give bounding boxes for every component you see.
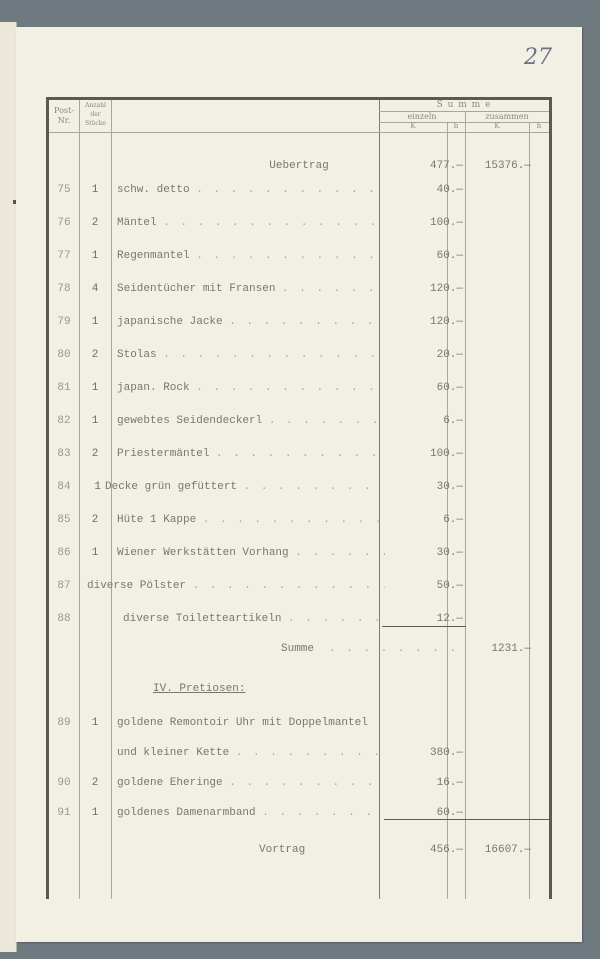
adjacent-page-edge	[0, 22, 17, 952]
carry-out-label: Vortrag	[259, 844, 305, 856]
section-row: IV. Pretiosen:	[49, 683, 549, 703]
carry-out-einzeln: 456.—	[385, 844, 463, 856]
table-row: 88diverse Toiletteartikeln . . . . . . .…	[49, 613, 549, 633]
carry-in-zusammen: 15376.—	[469, 160, 531, 172]
sum-rule	[382, 626, 466, 627]
header-h: h	[447, 122, 465, 130]
total-rule	[384, 819, 549, 820]
carry-out-row: Vortrag 456.— 16607.—	[49, 844, 549, 864]
table-row: 841Decke grün gefüttert . . . . . . . . …	[49, 481, 549, 501]
table-row: 811japan. Rock . . . . . . . . . . . . .…	[49, 382, 549, 402]
table-row: 87diverse Pölster . . . . . . . . . . . …	[49, 580, 549, 600]
table-row: 852Hüte 1 Kappe . . . . . . . . . . . . …	[49, 514, 549, 534]
section-title: IV. Pretiosen:	[153, 683, 245, 695]
carry-out-zusammen: 16607.—	[469, 844, 531, 856]
carry-in-einzeln: 477.—	[385, 160, 463, 172]
header-k: K	[465, 122, 529, 130]
carry-in-label: Uebertrag	[199, 160, 399, 172]
table-row: 821gewebtes Seidendeckerl . . . . . . . …	[49, 415, 549, 435]
header-einzeln: einzeln	[379, 112, 465, 121]
handwritten-page-number: 27	[524, 45, 552, 70]
table-row: 784Seidentücher mit Fransen . . . . . . …	[49, 283, 549, 303]
header-zusammen: zusammen	[465, 112, 549, 121]
subtotal-row: Summe . . . . . . . . . . . . . . . . . …	[49, 643, 549, 663]
table-row: 762Mäntel . . . . . . . . . . . . . . . …	[49, 217, 549, 237]
inventory-table: Post-Nr. Anzahl der Stücke S u m m e ein…	[46, 97, 552, 899]
table-row: 832Priestermäntel . . . . . . . . . . . …	[49, 448, 549, 468]
header-summe: S u m m e	[379, 100, 549, 110]
carry-in-row: Uebertrag 477.— 15376.—	[49, 160, 549, 180]
table-row: 791japanische Jacke . . . . . . . . . . …	[49, 316, 549, 336]
header-anzahl: Anzahl der Stücke	[80, 101, 111, 128]
header-divider	[49, 132, 549, 133]
table-row: 861Wiener Werkstätten Vorhang . . . . . …	[49, 547, 549, 567]
table-row: 771Regenmantel . . . . . . . . . . . . .…	[49, 250, 549, 270]
header-h: h	[529, 122, 549, 130]
table-row: 902goldene Eheringe . . . . . . . . . . …	[49, 777, 549, 797]
header-k: K	[379, 122, 447, 130]
table-row: 751schw. detto . . . . . . . . . . . . .…	[49, 184, 549, 204]
table-row: 911goldenes Damenarmband . . . . . . . .…	[49, 807, 549, 827]
header-post-nr: Post-Nr.	[49, 106, 79, 126]
table-row: 802Stolas . . . . . . . . . . . . . . . …	[49, 349, 549, 369]
subtotal-label: Summe	[281, 643, 314, 655]
subtotal-zusammen: 1231.—	[469, 643, 531, 655]
ledger-page: 27 Post-Nr. Anzahl der Stücke S u m m e …	[16, 27, 582, 942]
table-row: 891goldene Remontoir Uhr mit Doppelmante…	[49, 717, 549, 737]
table-row: und kleiner Kette . . . . . . . . . . . …	[49, 747, 549, 767]
